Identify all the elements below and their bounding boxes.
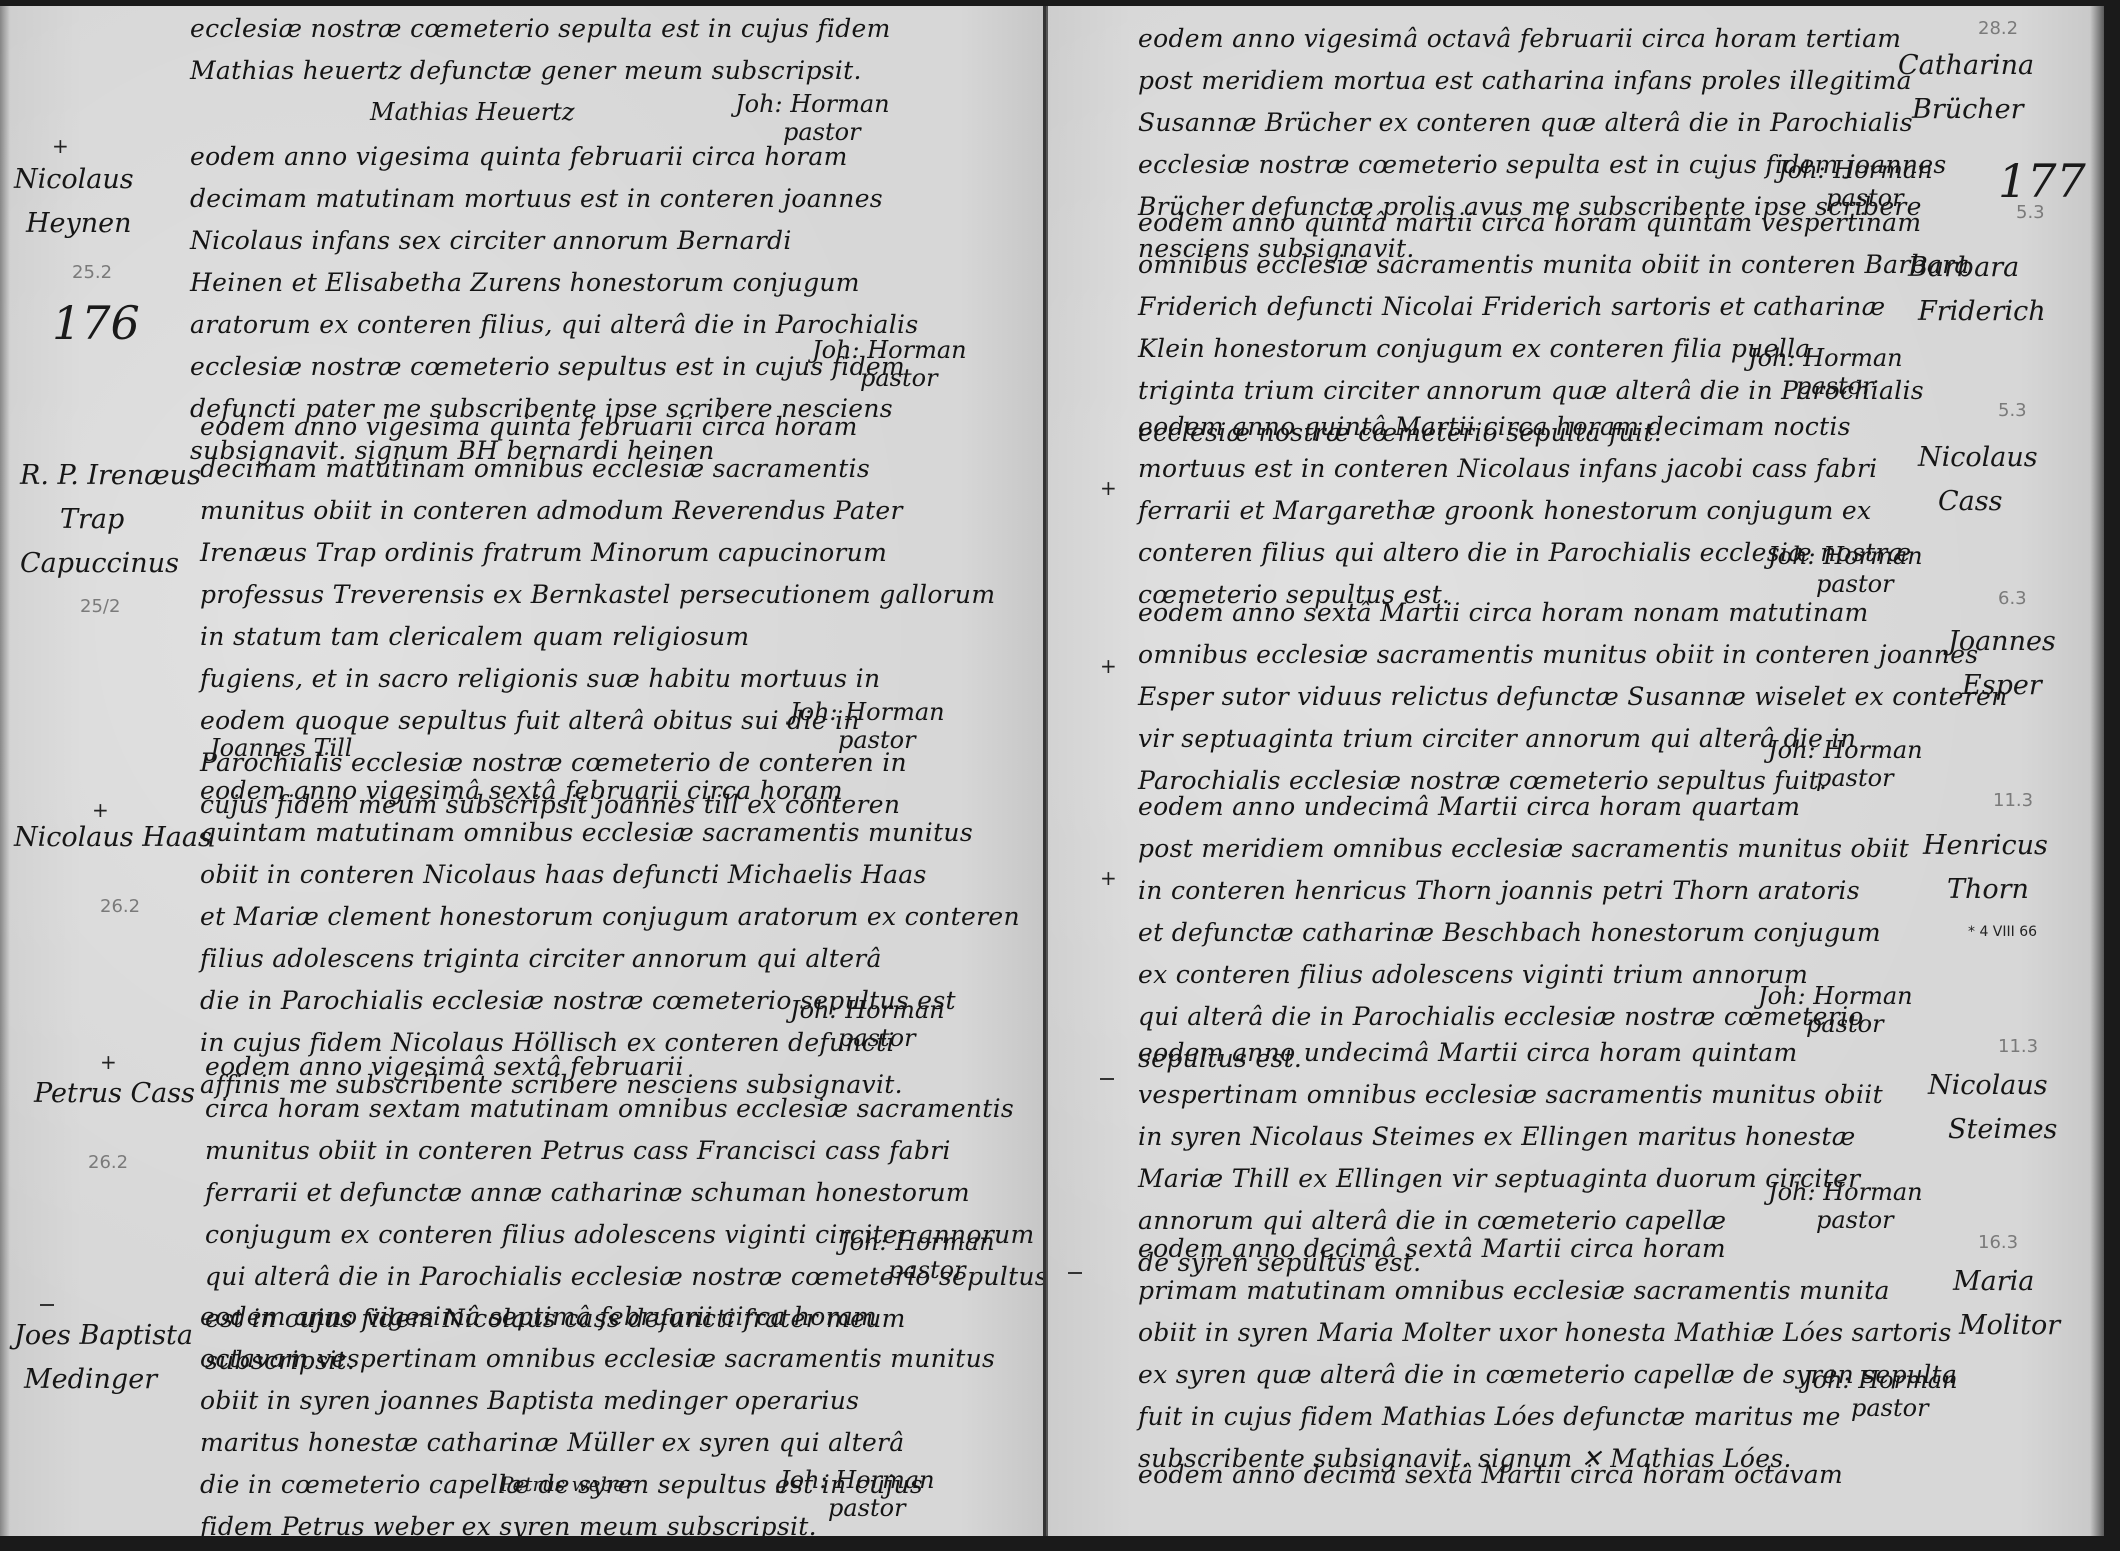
text-line: post meridiem omnibus ecclesiæ sacrament…: [1138, 828, 1909, 870]
text-line: Heinen et Elisabetha Zurens honestorum c…: [190, 262, 918, 304]
pencil-date: 26.2: [100, 896, 140, 917]
margin-name: Henricus Thorn: [1923, 824, 2048, 912]
text-line: eodem anno decimâ sextâ Martii circa hor…: [1138, 1228, 1957, 1270]
text-line: eodem anno sextâ Martii circa horam nona…: [1138, 592, 2008, 634]
text-line: munitus obiit in conteren Petrus cass Fr…: [205, 1130, 1046, 1172]
margin-name-line: Nicolaus: [14, 158, 134, 202]
text-line: omnibus ecclesiæ sacramentis munita obii…: [1138, 244, 1970, 286]
right-page: 28.2 Catharina Brücher eodem anno vigesi…: [1046, 6, 2104, 1536]
margin-name-line: Nicolaus: [1928, 1064, 2057, 1108]
register-entry: eodem anno vigesima quinta februarii cir…: [200, 406, 995, 826]
text-line: eodem anno undecimâ Martii circa horam q…: [1138, 786, 1909, 828]
text-line: ferrarii et defunctæ annæ catharinæ schu…: [205, 1172, 1046, 1214]
text-line: filius adolescens triginta circiter anno…: [200, 938, 1020, 980]
margin-name-line: Capuccinus: [20, 542, 201, 586]
pastor-title: pastor: [790, 726, 945, 754]
text-line: octavam vespertinam omnibus ecclesiæ sac…: [200, 1338, 995, 1380]
pencil-date: 16.3: [1978, 1232, 2018, 1253]
left-page: ecclesiæ nostræ cœmeterio sepulta est in…: [0, 6, 1046, 1536]
margin-name: Petrus Cass: [34, 1072, 195, 1116]
text-line: fugiens, et in sacro religionis suæ habi…: [200, 658, 995, 700]
pencil-date: 11.3: [1998, 1036, 2038, 1057]
text-line: in conteren henricus Thorn joannis petri…: [1138, 870, 1909, 912]
pastor-name: Joh: Horman: [1768, 1178, 1923, 1206]
margin-name-line: Thorn: [1923, 868, 2048, 912]
pastor-name: Joh: Horman: [1748, 344, 1903, 372]
pencil-date: 26.2: [88, 1152, 128, 1173]
pastor-name: Joh: Horman: [812, 336, 967, 364]
text-line: eodem anno vigesimâ octavâ februarii cir…: [1138, 18, 1947, 60]
text-line: ferrarii et Margarethæ groonk honestorum…: [1138, 490, 1911, 532]
text-line: munitus obiit in conteren admodum Revere…: [200, 490, 995, 532]
margin-name: Maria Molitor: [1953, 1260, 2060, 1348]
margin-name: Joes Baptista Medinger: [14, 1314, 193, 1402]
text-line: obiit in syren Maria Molter uxor honesta…: [1138, 1312, 1957, 1354]
margin-name: Nicolaus Steimes: [1928, 1064, 2057, 1152]
text-line: decimam matutinam omnibus ecclesiæ sacra…: [200, 448, 995, 490]
margin-name-line: Joes Baptista: [14, 1314, 193, 1358]
death-cross-mark: +: [1100, 476, 1117, 500]
text-line: primam matutinam omnibus ecclesiæ sacram…: [1138, 1270, 1957, 1312]
pastor-signature: Joh: Horman pastor: [790, 996, 945, 1052]
text-line: et Mariæ clement honestorum conjugum ara…: [200, 896, 1020, 938]
text-line: eodem anno decimâ sextâ Martii circa hor…: [1138, 1454, 1843, 1496]
text-line: quintam matutinam omnibus ecclesiæ sacra…: [200, 812, 1020, 854]
page-number: 176: [52, 296, 140, 350]
pastor-title: pastor: [1803, 1394, 1958, 1422]
text-line: Friderich defuncti Nicolai Friderich sar…: [1138, 286, 1970, 328]
text-line: mortuus est in conteren Nicolaus infans …: [1138, 448, 1911, 490]
register-entry: eodem anno decimâ sextâ Martii circa hor…: [1138, 1454, 1843, 1496]
pastor-name: Joh: Horman: [780, 1466, 935, 1494]
pastor-signature: Joh: Horman pastor: [790, 698, 945, 754]
text-line: eodem anno undecimâ Martii circa horam q…: [1138, 1032, 1883, 1074]
margin-name: R. P. Irenæus Trap Capuccinus: [20, 454, 201, 586]
text-line: omnibus ecclesiæ sacramentis munitus obi…: [1138, 634, 2008, 676]
text-line: eodem anno quintâ martii circa horam qui…: [1138, 202, 1970, 244]
pencil-date: 25/2: [80, 596, 120, 617]
death-cross-mark: +: [1100, 654, 1117, 678]
pastor-name: Joh: Horman: [790, 996, 945, 1024]
text-line: professus Treverensis ex Bernkastel pers…: [200, 574, 995, 616]
margin-name-line: Henricus: [1923, 824, 2048, 868]
pastor-name: Joh: Horman: [735, 90, 890, 118]
death-cross-mark: +: [52, 134, 69, 158]
margin-name-line: Nicolaus Haas: [14, 816, 212, 860]
side-note: * 4 VIII 66: [1968, 924, 2037, 940]
text-line: in statum tam clericalem quam religiosum: [200, 616, 995, 658]
text-line: circa horam sextam matutinam omnibus ecc…: [205, 1088, 1046, 1130]
register-entry: eodem anno decimâ sextâ Martii circa hor…: [1138, 1228, 1957, 1480]
pencil-date: 5.3: [2016, 202, 2045, 223]
death-cross-mark: +: [100, 1050, 117, 1074]
pencil-date: 28.2: [1978, 18, 2018, 39]
margin-name-line: Trap: [20, 498, 201, 542]
text-line: Irenæus Trap ordinis fratrum Minorum cap…: [200, 532, 995, 574]
text-line: Susannæ Brücher ex conteren quæ alterâ d…: [1138, 102, 1947, 144]
pastor-name: Joh: Horman: [840, 1228, 995, 1256]
text-line: eodem anno vigesimâ sextâ februarii: [205, 1046, 1046, 1088]
margin-name-line: Medinger: [14, 1358, 193, 1402]
margin-name-line: Petrus Cass: [34, 1072, 195, 1116]
pastor-title: pastor: [812, 364, 967, 392]
text-line: ecclesiæ nostræ cœmeterio sepultus est i…: [190, 346, 918, 388]
pastor-name: Joh: Horman: [1803, 1366, 1958, 1394]
register-spread: ecclesiæ nostræ cœmeterio sepulta est in…: [0, 6, 2104, 1536]
text-line: Mathias heuertz defunctæ gener meum subs…: [190, 50, 891, 92]
text-line: obiit in syren joannes Baptista medinger…: [200, 1380, 995, 1422]
pastor-signature: Joh: Horman pastor: [1803, 1366, 1958, 1422]
witness-signature: Joannes Till: [210, 734, 352, 762]
text-line: vespertinam omnibus ecclesiæ sacramentis…: [1138, 1074, 1883, 1116]
margin-name: Nicolaus Haas: [14, 816, 212, 860]
text-line: decimam matutinam mortuus est in contere…: [190, 178, 918, 220]
text-line: maritus honestæ catharinæ Müller ex syre…: [200, 1422, 995, 1464]
margin-name-line: Steimes: [1928, 1108, 2057, 1152]
margin-dash-mark: [1100, 1078, 1114, 1080]
pastor-title: pastor: [1748, 372, 1903, 400]
margin-dash-mark: [40, 1304, 54, 1306]
pencil-date: 25.2: [72, 262, 112, 283]
witness-signature: Mathias Heuertz: [370, 98, 574, 126]
text-line: aratorum ex conteren filius, qui alterâ …: [190, 304, 918, 346]
margin-name-line: Cass: [1918, 480, 2038, 524]
text-line: in syren Nicolaus Steimes ex Ellingen ma…: [1138, 1116, 1883, 1158]
pastor-name: Joh: Horman: [1778, 156, 1933, 184]
margin-name-line: Nicolaus: [1918, 436, 2038, 480]
pastor-signature: Joh: Horman pastor: [1748, 344, 1903, 400]
margin-name: Nicolaus Cass: [1918, 436, 2038, 524]
text-line: eodem anno vigesimâ sextâ februarii circ…: [200, 770, 1020, 812]
margin-dash-mark: [1068, 1272, 1082, 1274]
witness-signature: Petrus weber: [500, 1472, 635, 1496]
pastor-name: Joh: Horman: [1768, 542, 1923, 570]
text-line: eodem anno quintâ Martii circa horam dec…: [1138, 406, 1911, 448]
pastor-signature: Joh: Horman pastor: [1768, 1178, 1923, 1234]
continuation-text: ecclesiæ nostræ cœmeterio sepulta est in…: [190, 8, 891, 92]
pencil-date: 5.3: [1998, 400, 2027, 421]
margin-name-line: R. P. Irenæus: [20, 454, 201, 498]
text-line: Esper sutor viduus relictus defunctæ Sus…: [1138, 676, 2008, 718]
pastor-title: pastor: [780, 1494, 935, 1522]
text-line: obiit in conteren Nicolaus haas defuncti…: [200, 854, 1020, 896]
text-line: ecclesiæ nostræ cœmeterio sepulta est in…: [190, 8, 891, 50]
pastor-name: Joh: Horman: [1768, 736, 1923, 764]
pastor-signature: Joh: Horman pastor: [780, 1466, 935, 1522]
margin-name-line: Molitor: [1953, 1304, 2060, 1348]
margin-name: Nicolaus Heynen: [14, 158, 134, 246]
text-line: post meridiem mortua est catharina infan…: [1138, 60, 1947, 102]
pencil-date: 11.3: [1993, 790, 2033, 811]
text-line: et defunctæ catharinæ Beschbach honestor…: [1138, 912, 1909, 954]
margin-name-line: Maria: [1953, 1260, 2060, 1304]
text-line: eodem anno vigesima quinta februarii cir…: [200, 406, 995, 448]
text-line: Nicolaus infans sex circiter annorum Ber…: [190, 220, 918, 262]
page-number: 177: [1998, 154, 2086, 208]
margin-name-line: Heynen: [14, 202, 134, 246]
pastor-title: pastor: [840, 1256, 995, 1284]
pastor-signature: Joh: Horman pastor: [840, 1228, 995, 1284]
pastor-signature: Joh: Horman pastor: [1768, 736, 1923, 792]
death-cross-mark: +: [1100, 866, 1117, 890]
text-line: eodem anno vigesimâ septimâ februarii ci…: [200, 1296, 995, 1338]
text-line: eodem anno vigesima quinta februarii cir…: [190, 136, 918, 178]
pastor-signature: Joh: Horman pastor: [1758, 982, 1913, 1038]
pastor-signature: Joh: Horman pastor: [1768, 542, 1923, 598]
pastor-name: Joh: Horman: [790, 698, 945, 726]
pastor-name: Joh: Horman: [1758, 982, 1913, 1010]
pastor-signature: Joh: Horman pastor: [812, 336, 967, 392]
